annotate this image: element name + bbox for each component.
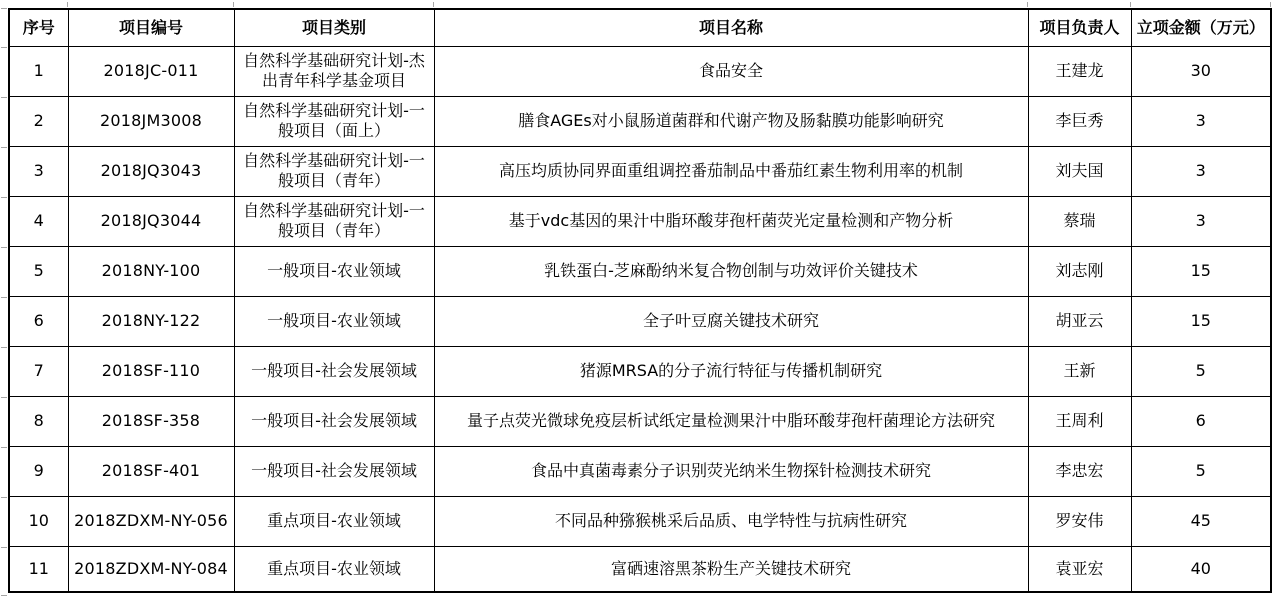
table-cell[interactable]: 2018JQ3044 [68, 196, 234, 246]
table-row: 62018NY-122一般项目-农业领域全子叶豆腐关键技术研究胡亚云15 [9, 296, 1271, 346]
table-cell[interactable]: 自然科学基础研究计划-一般项目（青年） [234, 146, 434, 196]
table-cell[interactable]: 一般项目-农业领域 [234, 246, 434, 296]
table-cell[interactable]: 6 [1131, 396, 1271, 446]
header-row: 序号项目编号项目类别项目名称项目负责人立项金额（万元） [9, 9, 1271, 46]
table-row: 42018JQ3044自然科学基础研究计划-一般项目（青年）基于vdc基因的果汁… [9, 196, 1271, 246]
gridline-stub [1270, 2, 1271, 7]
table-cell[interactable]: 量子点荧光微球免疫层析试纸定量检测果汁中脂环酸芽孢杆菌理论方法研究 [434, 396, 1028, 446]
gridline-stub [1, 595, 7, 596]
gridline-stub [1, 397, 7, 398]
table-cell[interactable]: 一般项目-社会发展领域 [234, 346, 434, 396]
table-cell[interactable]: 15 [1131, 296, 1271, 346]
table-cell[interactable]: 11 [9, 546, 68, 592]
table-cell[interactable]: 2018NY-122 [68, 296, 234, 346]
table-cell[interactable]: 富硒速溶黑茶粉生产关键技术研究 [434, 546, 1028, 592]
gridline-stub [1, 297, 7, 298]
table-cell[interactable]: 王新 [1028, 346, 1131, 396]
table-cell[interactable]: 1 [9, 46, 68, 96]
gridline-stub [1, 147, 7, 148]
table-row: 22018JM3008自然科学基础研究计划-一般项目（面上）膳食AGEs对小鼠肠… [9, 96, 1271, 146]
table-cell[interactable]: 食品中真菌毒素分子识别荧光纳米生物探针检测技术研究 [434, 446, 1028, 496]
table-cell[interactable]: 基于vdc基因的果汁中脂环酸芽孢杆菌荧光定量检测和产物分析 [434, 196, 1028, 246]
table-cell[interactable]: 2018SF-110 [68, 346, 234, 396]
table-cell[interactable]: 袁亚宏 [1028, 546, 1131, 592]
table-cell[interactable]: 自然科学基础研究计划-一般项目（青年） [234, 196, 434, 246]
table-cell[interactable]: 王建龙 [1028, 46, 1131, 96]
gridline-stub [1, 47, 7, 48]
table-cell[interactable]: 4 [9, 196, 68, 246]
table-cell[interactable]: 2018ZDXM-NY-056 [68, 496, 234, 546]
gridline-stub [1027, 2, 1028, 7]
table-cell[interactable]: 一般项目-农业领域 [234, 296, 434, 346]
column-header-5[interactable]: 立项金额（万元） [1131, 9, 1271, 46]
table-cell[interactable]: 胡亚云 [1028, 296, 1131, 346]
table-cell[interactable]: 李巨秀 [1028, 96, 1131, 146]
table-cell[interactable]: 一般项目-社会发展领域 [234, 396, 434, 446]
table-cell[interactable]: 刘志刚 [1028, 246, 1131, 296]
table-cell[interactable]: 30 [1131, 46, 1271, 96]
table-cell[interactable]: 3 [1131, 96, 1271, 146]
table-cell[interactable]: 高压均质协同界面重组调控番茄制品中番茄红素生物利用率的机制 [434, 146, 1028, 196]
table-cell[interactable]: 3 [1131, 196, 1271, 246]
column-header-3[interactable]: 项目名称 [434, 9, 1028, 46]
table-cell[interactable]: 5 [1131, 346, 1271, 396]
column-header-4[interactable]: 项目负责人 [1028, 9, 1131, 46]
gridline-stub [1, 447, 7, 448]
table-row: 82018SF-358一般项目-社会发展领域量子点荧光微球免疫层析试纸定量检测果… [9, 396, 1271, 446]
gridline-stub [1, 197, 7, 198]
table-row: 32018JQ3043自然科学基础研究计划-一般项目（青年）高压均质协同界面重组… [9, 146, 1271, 196]
table-cell[interactable]: 刘夫国 [1028, 146, 1131, 196]
table-cell[interactable]: 6 [9, 296, 68, 346]
table-cell[interactable]: 7 [9, 346, 68, 396]
table-row: 12018JC-011自然科学基础研究计划-杰出青年科学基金项目食品安全王建龙3… [9, 46, 1271, 96]
table-cell[interactable]: 重点项目-农业领域 [234, 546, 434, 592]
column-header-0[interactable]: 序号 [9, 9, 68, 46]
table-cell[interactable]: 45 [1131, 496, 1271, 546]
gridline-stub [1, 497, 7, 498]
column-header-1[interactable]: 项目编号 [68, 9, 234, 46]
table-cell[interactable]: 3 [1131, 146, 1271, 196]
table-cell[interactable]: 40 [1131, 546, 1271, 592]
table-cell[interactable]: 自然科学基础研究计划-杰出青年科学基金项目 [234, 46, 434, 96]
table-cell[interactable]: 5 [1131, 446, 1271, 496]
table-cell[interactable]: 15 [1131, 246, 1271, 296]
table-cell[interactable]: 全子叶豆腐关键技术研究 [434, 296, 1028, 346]
table-cell[interactable]: 2018ZDXM-NY-084 [68, 546, 234, 592]
table-cell[interactable]: 猪源MRSA的分子流行特征与传播机制研究 [434, 346, 1028, 396]
gridline-stub [1, 247, 7, 248]
table-cell[interactable]: 2018SF-401 [68, 446, 234, 496]
table-cell[interactable]: 8 [9, 396, 68, 446]
table-cell[interactable]: 2018JQ3043 [68, 146, 234, 196]
table-cell[interactable]: 罗安伟 [1028, 496, 1131, 546]
table-row: 112018ZDXM-NY-084重点项目-农业领域富硒速溶黑茶粉生产关键技术研… [9, 546, 1271, 592]
table-row: 102018ZDXM-NY-056重点项目-农业领域不同品种猕猴桃采后品质、电学… [9, 496, 1271, 546]
gridline-stub [1, 97, 7, 98]
table-row: 52018NY-100一般项目-农业领域乳铁蛋白-芝麻酚纳米复合物创制与功效评价… [9, 246, 1271, 296]
table-cell[interactable]: 王周利 [1028, 396, 1131, 446]
table-cell[interactable]: 2018JM3008 [68, 96, 234, 146]
gridline-stub [233, 2, 234, 7]
table-cell[interactable]: 2018SF-358 [68, 396, 234, 446]
project-table: 序号项目编号项目类别项目名称项目负责人立项金额（万元） 12018JC-011自… [8, 8, 1272, 593]
table-cell[interactable]: 不同品种猕猴桃采后品质、电学特性与抗病性研究 [434, 496, 1028, 546]
table-cell[interactable]: 10 [9, 496, 68, 546]
table-cell[interactable]: 9 [9, 446, 68, 496]
gridline-stub [1, 547, 7, 548]
table-cell[interactable]: 李忠宏 [1028, 446, 1131, 496]
table-cell[interactable]: 一般项目-社会发展领域 [234, 446, 434, 496]
table-row: 92018SF-401一般项目-社会发展领域食品中真菌毒素分子识别荧光纳米生物探… [9, 446, 1271, 496]
table-cell[interactable]: 2018JC-011 [68, 46, 234, 96]
table-cell[interactable]: 2018NY-100 [68, 246, 234, 296]
column-header-2[interactable]: 项目类别 [234, 9, 434, 46]
gridline-stub [1, 347, 7, 348]
table-cell[interactable]: 5 [9, 246, 68, 296]
gridline-stub [433, 2, 434, 7]
spreadsheet-region: 序号项目编号项目类别项目名称项目负责人立项金额（万元） 12018JC-011自… [0, 0, 1274, 601]
table-cell[interactable]: 膳食AGEs对小鼠肠道菌群和代谢产物及肠黏膜功能影响研究 [434, 96, 1028, 146]
table-cell[interactable]: 重点项目-农业领域 [234, 496, 434, 546]
table-cell[interactable]: 2 [9, 96, 68, 146]
table-cell[interactable]: 食品安全 [434, 46, 1028, 96]
page: { "colors": { "background": "#ffffff", "… [0, 0, 1274, 601]
gridline-stub [67, 2, 68, 7]
table-row: 72018SF-110一般项目-社会发展领域猪源MRSA的分子流行特征与传播机制… [9, 346, 1271, 396]
table-cell[interactable]: 蔡瑞 [1028, 196, 1131, 246]
table-cell[interactable]: 乳铁蛋白-芝麻酚纳米复合物创制与功效评价关键技术 [434, 246, 1028, 296]
table-cell[interactable]: 3 [9, 146, 68, 196]
gridline-stub [1130, 2, 1131, 7]
table-cell[interactable]: 自然科学基础研究计划-一般项目（面上） [234, 96, 434, 146]
gridline-stub [1, 8, 7, 9]
